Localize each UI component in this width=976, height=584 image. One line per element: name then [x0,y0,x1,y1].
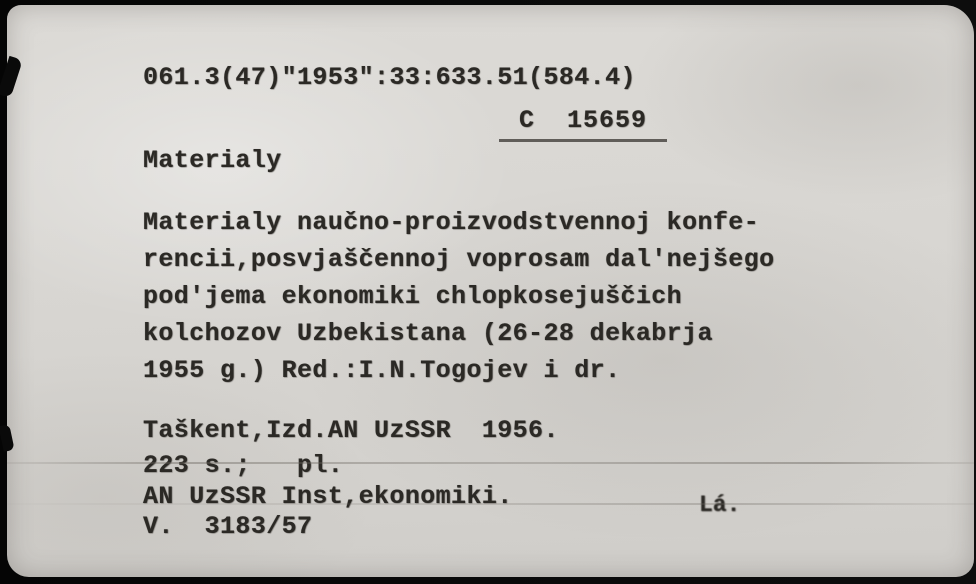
title-line-4: kolchozov Uzbekistana (26-28 dekabrja [143,319,775,356]
cataloguer-initials: Lá. [699,492,740,518]
imprint-line: Taškent,Izd.AN UzSSR 1956. [143,416,559,445]
title-line-1: Materialy naučno-proizvodstvennoj konfe- [143,208,775,245]
title-statement: Materialy naučno-proizvodstvennoj konfe-… [143,208,775,393]
call-number: C 15659 [499,106,667,142]
title-line-2: rencii,posvjaščennoj voprosam dal'nejšeg… [143,245,775,282]
accession-number: V. 3183/57 [143,512,312,541]
corporate-body-line: AN UzSSR Inst,ekonomiki. [143,482,513,511]
card-edge-notch [0,56,23,98]
udc-classification-number: 061.3(47)"1953":33:633.51(584.4) [143,63,636,92]
heading-word: Materialy [143,146,282,175]
scan-background: 061.3(47)"1953":33:633.51(584.4) C 15659… [0,0,976,584]
title-line-3: pod'jema ekonomiki chlopkosejuščich [143,282,775,319]
title-line-5: 1955 g.) Red.:I.N.Togojev i dr. [143,356,775,393]
card-edge-notch [0,424,15,452]
collation-line: 223 s.; pl. [143,451,343,480]
catalog-card: 061.3(47)"1953":33:633.51(584.4) C 15659… [7,5,974,577]
